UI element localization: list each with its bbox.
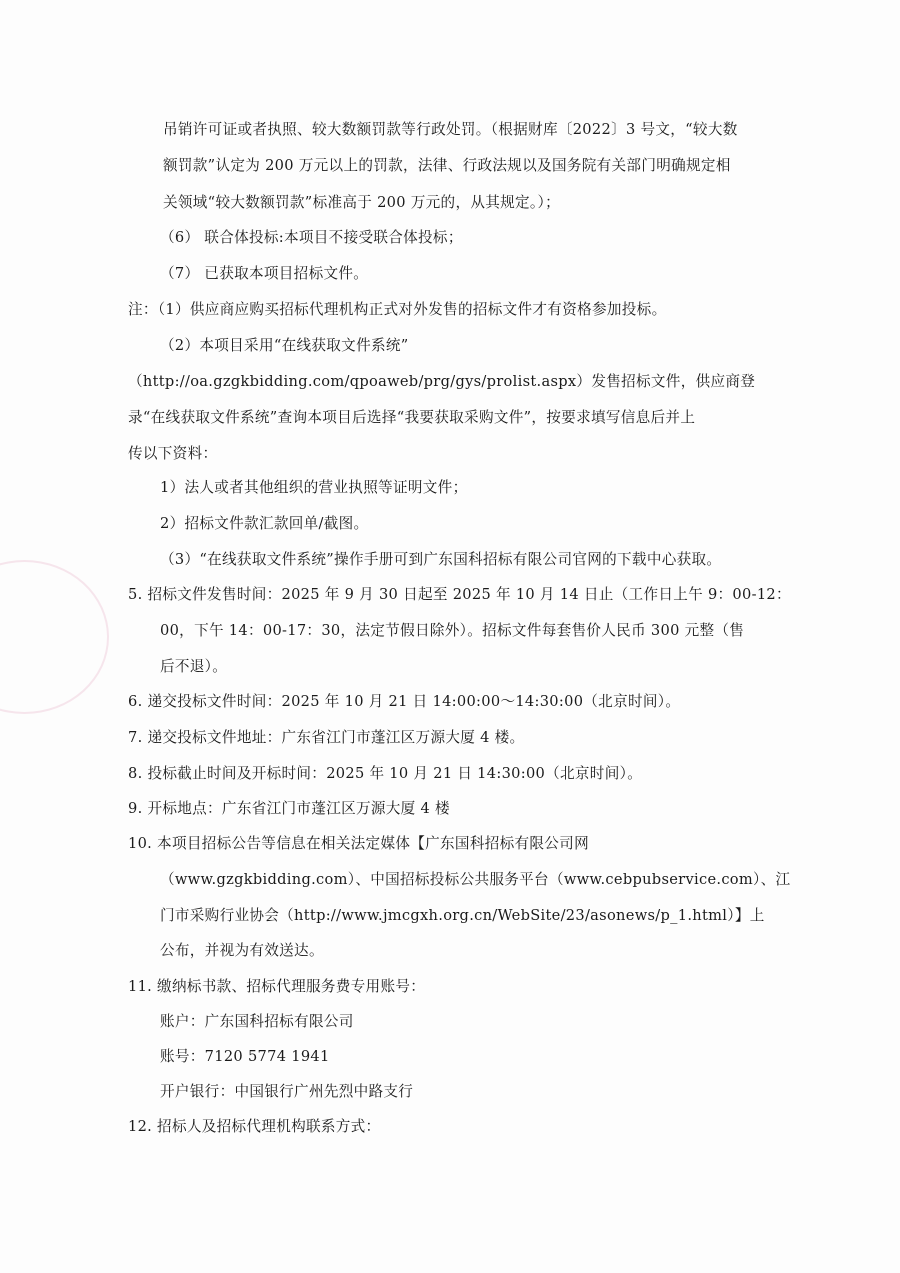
- text-line: 12. 招标人及招标代理机构联系方式：: [128, 1117, 380, 1137]
- text-line: 10. 本项目招标公告等信息在相关法定媒体【广东国科招标有限公司网: [128, 834, 589, 854]
- text-line: （3）“在线获取文件系统”操作手册可到广东国科招标有限公司官网的下载中心获取。: [160, 550, 721, 570]
- text-line: 关领域“较大数额罚款”标准高于 200 万元的，从其规定。）；: [163, 193, 560, 213]
- text-line: 2）招标文件款汇款回单/截图。: [160, 514, 368, 534]
- text-line: 5. 招标文件发售时间：2025 年 9 月 30 日起至 2025 年 10 …: [128, 585, 791, 605]
- text-line: （http://oa.gzgkbidding.com/qpoaweb/prg/g…: [128, 372, 755, 392]
- text-line: 9. 开标地点：广东省江门市蓬江区万源大厦 4 楼: [128, 799, 450, 819]
- text-line: （6） 联合体投标:本项目不接受联合体投标；: [160, 228, 463, 248]
- faint-seal-stamp: [0, 560, 109, 714]
- text-line: 公布，并视为有效送达。: [160, 941, 324, 961]
- text-line: 账户：广东国科招标有限公司: [160, 1012, 354, 1032]
- text-line: 录“在线获取文件系统”查询本项目后选择“我要获取采购文件”，按要求填写信息后并上: [128, 408, 695, 428]
- text-line: 1）法人或者其他组织的营业执照等证明文件；: [160, 478, 467, 498]
- text-line: （www.gzgkbidding.com）、中国招标投标公共服务平台（www.c…: [160, 870, 790, 890]
- text-line: 00，下午 14：00-17：30，法定节假日除外）。招标文件每套售价人民币 3…: [160, 621, 744, 641]
- text-line: 8. 投标截止时间及开标时间：2025 年 10 月 21 日 14:30:00…: [128, 764, 642, 784]
- text-line: 7. 递交投标文件地址：广东省江门市蓬江区万源大厦 4 楼。: [128, 728, 524, 748]
- text-line: 吊销许可证或者执照、较大数额罚款等行政处罚。（根据财库〔2022〕3 号文，“较…: [163, 120, 738, 140]
- text-line: 开户银行：中国银行广州先烈中路支行: [160, 1082, 413, 1102]
- text-line: 11. 缴纳标书款、招标代理服务费专用账号：: [128, 977, 425, 997]
- text-line: 6. 递交投标文件时间：2025 年 10 月 21 日 14:00:00～14…: [128, 692, 680, 712]
- text-line: 账号：7120 5774 1941: [160, 1047, 330, 1067]
- text-line: 门市采购行业协会（http://www.jmcgxh.org.cn/WebSit…: [160, 906, 765, 926]
- text-line: （2）本项目采用“在线获取文件系统”: [160, 336, 409, 356]
- document-page: 吊销许可证或者执照、较大数额罚款等行政处罚。（根据财库〔2022〕3 号文，“较…: [0, 0, 900, 1273]
- text-line: （7） 已获取本项目招标文件。: [160, 264, 368, 284]
- text-line: 后不退）。: [160, 657, 227, 677]
- text-line: 额罚款”认定为 200 万元以上的罚款，法律、行政法规以及国务院有关部门明确规定…: [163, 156, 731, 176]
- text-line: 注：（1）供应商应购买招标代理机构正式对外发售的招标文件才有资格参加投标。: [128, 300, 666, 320]
- text-line: 传以下资料：: [128, 444, 217, 464]
